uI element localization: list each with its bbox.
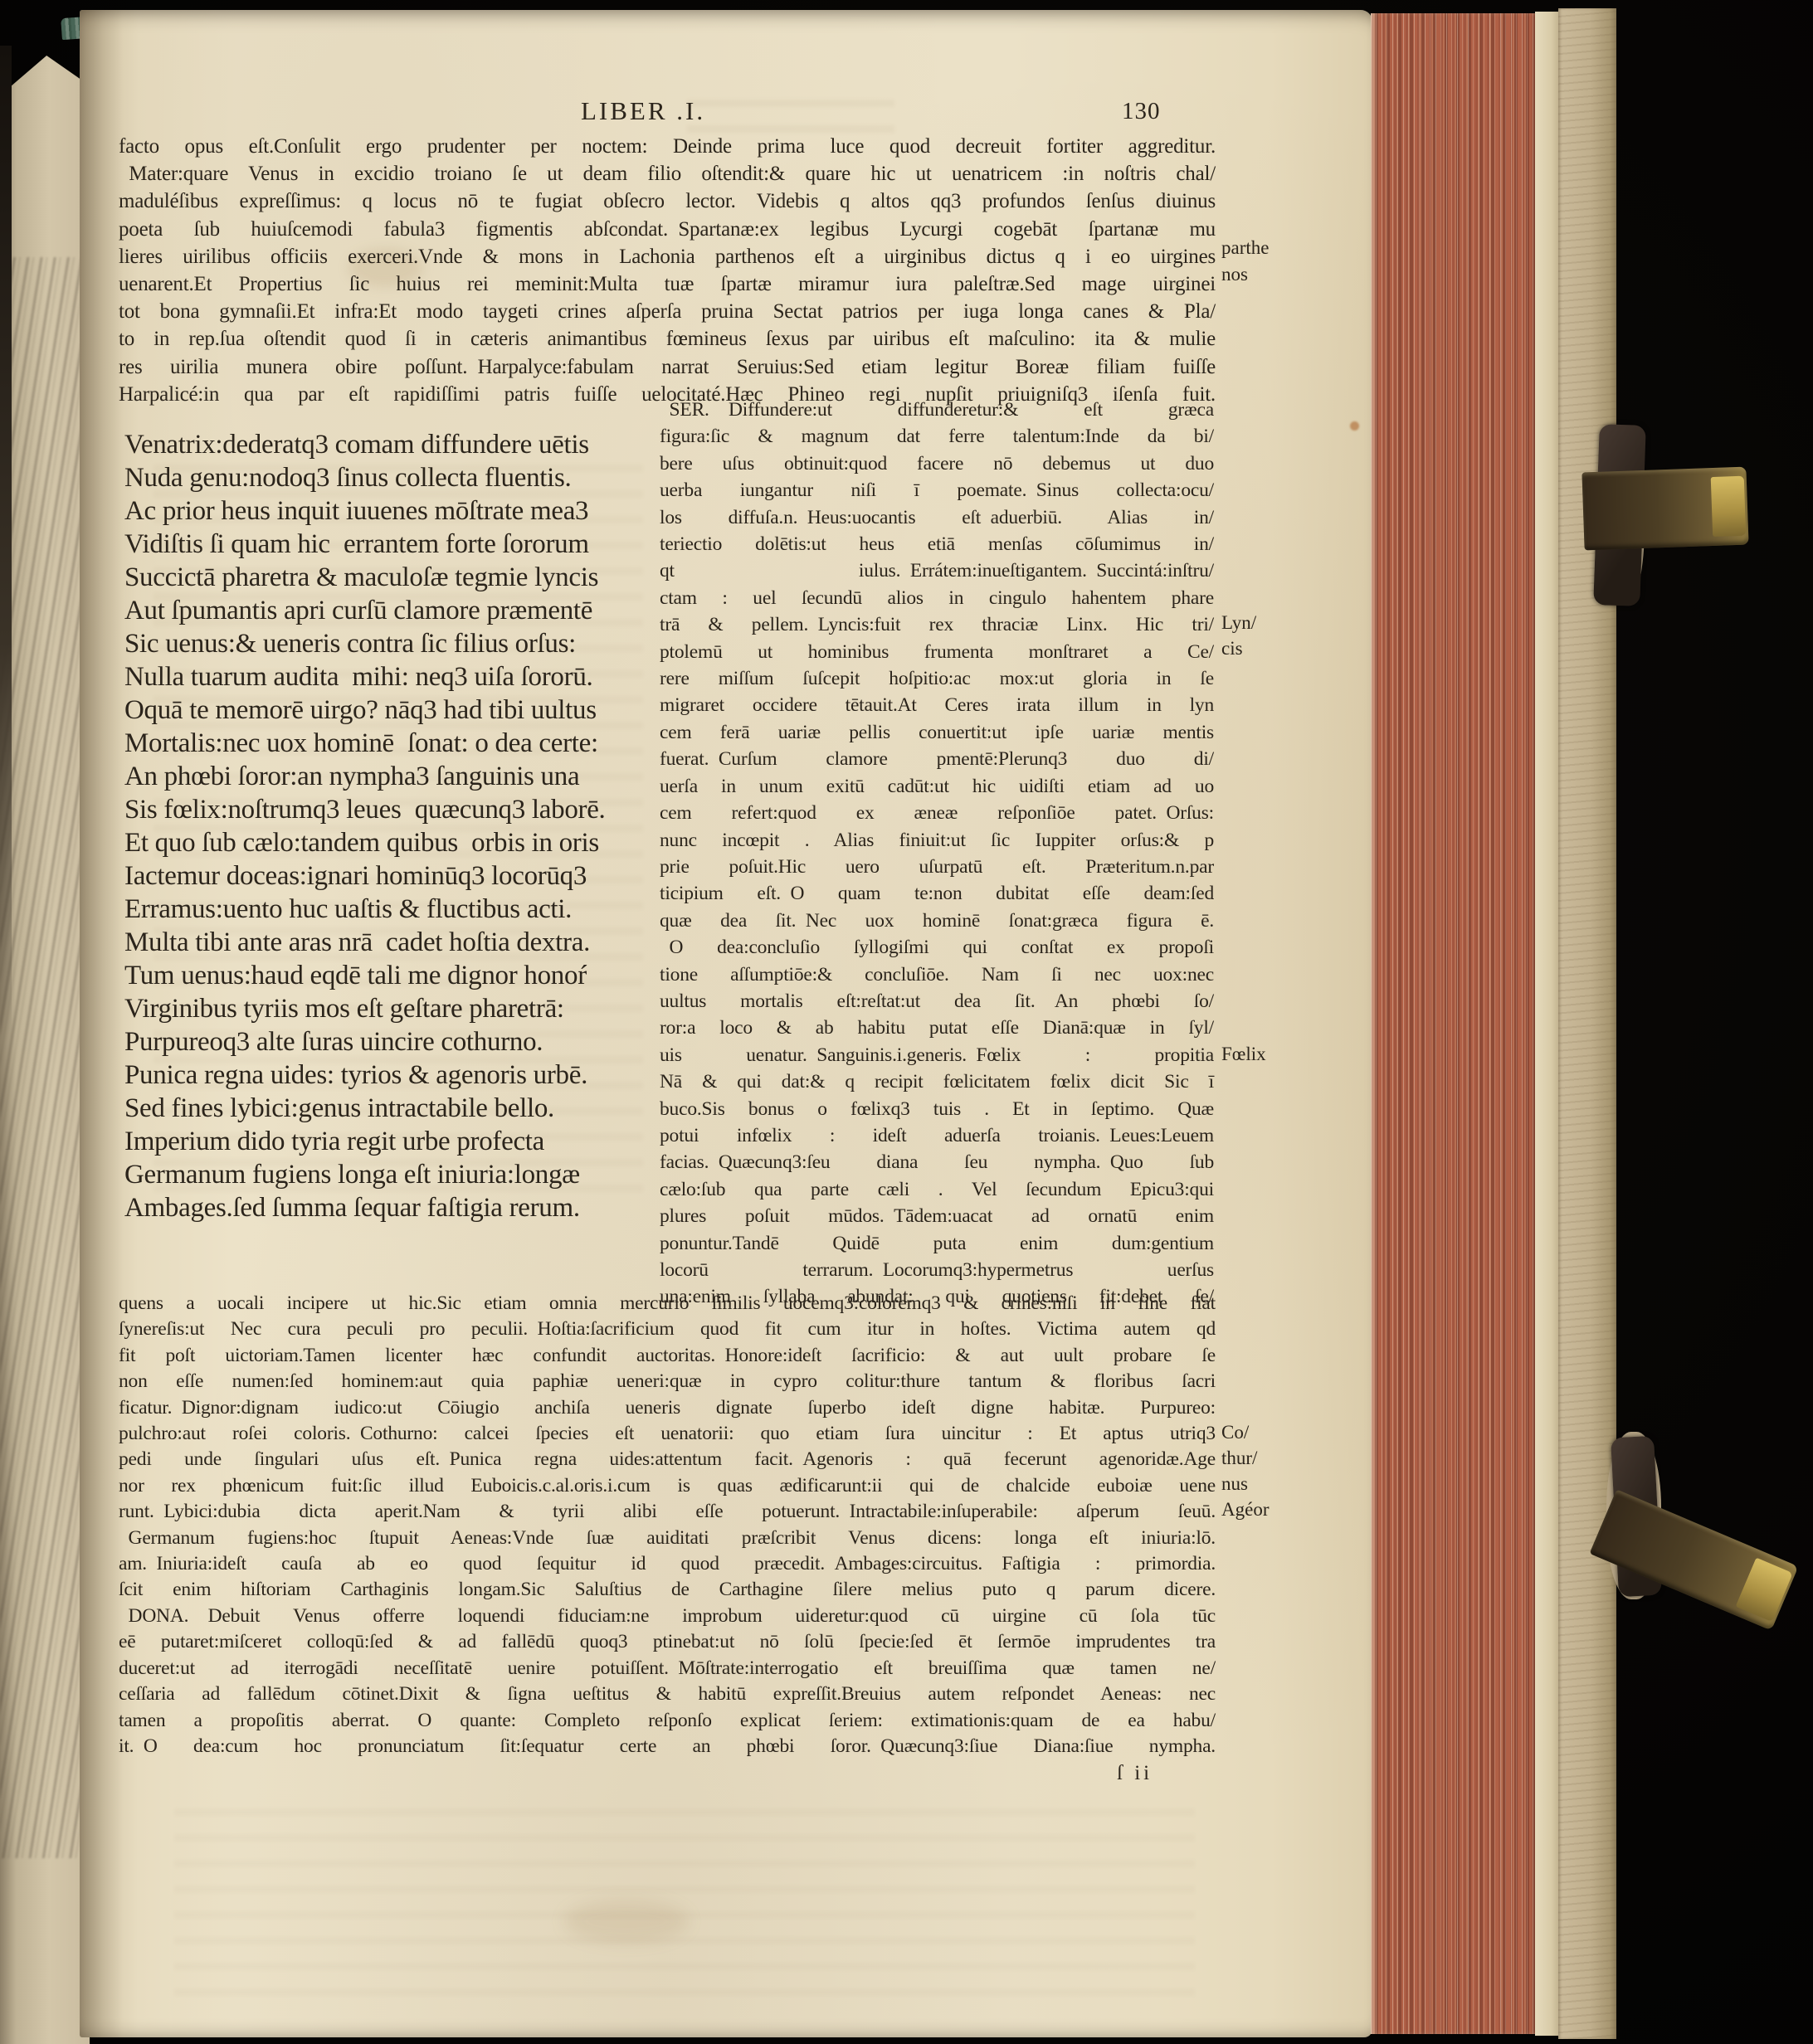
margin-note: Fœlix — [1221, 1042, 1266, 1067]
text-line: uis uenatur. Sanguinis.i.generis. Fœlix … — [660, 1042, 1214, 1068]
running-title: LIBER .I. — [581, 96, 705, 126]
text-line: nor rex phœnicum fuit:ſic illud Euboicis… — [119, 1473, 1216, 1499]
verse-line: Ac prior heus inquit iuuenes mōſtrate me… — [124, 494, 665, 528]
text-line: ceſſaria ad fallēdum cōtinet.Dixit & ſig… — [119, 1681, 1216, 1707]
clasp-strap — [1582, 467, 1748, 551]
verse-line: Aut ſpumantis apri curſū clamore præment… — [124, 594, 665, 627]
text-line: poeta ſub huiuſcemodi fabula3 figmentis … — [119, 216, 1216, 243]
verse-line: Succictā pharetra & maculoſæ tegmie lync… — [124, 561, 665, 594]
folio-number: 130 — [1122, 98, 1161, 125]
clasp-strap-tip — [1736, 1558, 1793, 1622]
text-line: cem ferā uariæ pellis conuertit:ut ipſe … — [660, 719, 1214, 746]
verse-line: Ambages.ſed ſumma ſequar faſtigia rerum. — [124, 1191, 665, 1224]
text-line: figura:ſic & magnum dat ferre talentum:I… — [660, 423, 1214, 450]
show-through-ghost — [174, 1808, 1195, 1999]
text-line: uultus mortalis eſt:reſtat:ut dea ſit. A… — [660, 988, 1214, 1015]
text-line: rere miſſum ſuſcepit hoſpitio:ac mox:ut … — [660, 665, 1214, 692]
gutter-shadow — [80, 10, 123, 2037]
verse-line: Vidiſtis ſi quam hic errantem forte ſoro… — [124, 528, 665, 561]
text-line: lieres uirilibus officiis exerceri.Vnde … — [119, 243, 1216, 270]
clasp-strap-tip — [1711, 476, 1746, 537]
text-line: ſcit enim hiſtoriam Carthaginis longam.S… — [119, 1577, 1216, 1603]
text-line: O dea:concluſio ſyllogiſmi qui conſtat e… — [660, 934, 1214, 961]
text-line: DONA. Debuit Venus offerre loquendi fidu… — [119, 1604, 1216, 1629]
text-line: pulchro:aut roſei coloris. Cothurno: cal… — [119, 1421, 1216, 1447]
verse-line: Germanum fugiens longa eſt iniuria:longæ — [124, 1158, 665, 1191]
text-line: quens a uocali incipere ut hic.Sic etiam… — [119, 1291, 1216, 1316]
text-line: ponuntur.Tandē Quidē puta enim dum:genti… — [660, 1230, 1214, 1257]
verse-line: Et quo ſub cælo:tandem quibus orbis in o… — [124, 826, 665, 859]
text-line: cem refert:quod ex æneæ reſponſiōe patet… — [660, 800, 1214, 826]
text-line: Nā & qui dat:& q recipit fœlicitatem fœl… — [660, 1068, 1214, 1095]
text-line: buco.Sis bonus o fœlixq3 tuis . Et in ſe… — [660, 1096, 1214, 1122]
text-line: quæ dea ſit. Nec uox hominē ſonat:græca … — [660, 908, 1214, 934]
text-line: facto opus eſt.Conſulit ergo prudenter p… — [119, 133, 1216, 160]
verse-line: Purpureoq3 alte ſuras uincire cothurno. — [124, 1025, 665, 1058]
margin-note: nos — [1221, 262, 1248, 287]
verse-line: Erramus:uento huc uaſtis & fluctibus act… — [124, 893, 665, 926]
text-line: teriectio dolētis:ut heus etiā menſas cō… — [660, 531, 1214, 557]
verse-line: An phœbi ſoror:an nympha3 ſanguinis una — [124, 760, 665, 793]
text-line: migraret occidere tētauit.At Ceres irata… — [660, 692, 1214, 718]
text-line: ptolemū ut hominibus frumenta monſtraret… — [660, 639, 1214, 665]
verse-line: Imperium dido tyria regit urbe profecta — [124, 1125, 665, 1158]
poem-column: Venatrix:dederatq3 comam diffundere uēti… — [124, 428, 665, 1224]
verse-line: Iactemur doceas:ignari hominūq3 locorūq3 — [124, 859, 665, 893]
text-line: eē putaret:miſceret colloqū:ſed & ad fal… — [119, 1629, 1216, 1655]
text-line: tione aſſumptiōe:& concluſiōe. Nam ſi ne… — [660, 961, 1214, 988]
verse-line: Sed fines lybici:genus intractabile bell… — [124, 1092, 665, 1125]
margin-note: nus — [1221, 1472, 1248, 1496]
top-commentary-block: facto opus eſt.Conſulit ergo prudenter p… — [119, 133, 1216, 408]
text-line: bere uſus obtinuit:quod facere nō debemu… — [660, 450, 1214, 477]
parchment-cover-edge — [1558, 8, 1616, 2039]
text-line: uenarent.Et Propertius ſic huius rei mem… — [119, 270, 1216, 298]
text-line: facias. Quæcunq3:ſeu diana ſeu nympha. Q… — [660, 1149, 1214, 1175]
text-line: ctam : uel ſecundū alios in cingulo hahe… — [660, 585, 1214, 611]
bottom-commentary-block: quens a uocali incipere ut hic.Sic etiam… — [119, 1291, 1216, 1759]
facing-page-edge — [0, 46, 90, 2044]
text-line: tot bona gymnaſii.Et infra:Et modo tayge… — [119, 298, 1216, 325]
margin-note: Lyn/ — [1221, 611, 1256, 635]
text-line: los diffuſa.n. Heus:uocantis eſt aduerbi… — [660, 504, 1214, 531]
margin-note: parthe — [1221, 236, 1269, 260]
text-line: trā & pellem. Lyncis:fuit rex thraciæ Li… — [660, 611, 1214, 638]
text-line: qt iulus. Errátem:inueſtigantem. Succint… — [660, 557, 1214, 584]
text-line: ticipium eſt. O quam te:non dubitat eſſe… — [660, 880, 1214, 907]
verse-line: Tum uenus:haud eqdē tali me dignor honoŕ — [124, 959, 665, 992]
text-line: ficatur. Dignor:dignam iudico:ut Cōiugio… — [119, 1395, 1216, 1421]
margin-note: Agéor — [1221, 1497, 1269, 1522]
page-stain — [1350, 421, 1359, 431]
text-line: ror:a loco & ab habitu putat eſſe Dianā:… — [660, 1015, 1214, 1041]
outer-leaf-edge — [1535, 12, 1558, 2036]
text-line: pedi unde ſingulari uſus eſt. Punica reg… — [119, 1447, 1216, 1472]
text-line: plures poſuit mūdos. Tādem:uacat ad orna… — [660, 1203, 1214, 1229]
text-line: it. O dea:cum hoc pronunciatum ſit:ſequa… — [119, 1734, 1216, 1759]
text-line: locorū terrarum. Locorumq3:hypermetrus u… — [660, 1257, 1214, 1283]
text-line: SER. Diffundere:ut diffunderetur:& eſt g… — [660, 397, 1214, 423]
text-line: am. Iniuria:ideſt cauſa ab eo quod ſequi… — [119, 1551, 1216, 1577]
text-line: Mater:quare Venus in excidio troiano ſe … — [119, 160, 1216, 187]
verse-line: Nulla tuarum audita mihi: neq3 uiſa ſoro… — [124, 660, 665, 693]
text-line: to in rep.ſua oſtendit quod ſi in cæteri… — [119, 325, 1216, 353]
text-line: uerſa in unum exitū cadūt:ut hic uidiſti… — [660, 773, 1214, 800]
verse-line: Sis fœlix:noſtrumq3 leues quæcunq3 labor… — [124, 793, 665, 826]
facing-page-text-blur — [0, 257, 90, 1858]
text-line: res uirilia munera obire poſſunt. Harpal… — [119, 353, 1216, 381]
verse-line: Mortalis:nec uox hominē ſonat: o dea cer… — [124, 727, 665, 760]
margin-note: Co/ — [1221, 1420, 1249, 1445]
text-line: potui infœlix : ideſt aduerſa troianis. … — [660, 1122, 1214, 1149]
clasp-strap — [1590, 1489, 1799, 1630]
text-line: runt. Lybici:dubia dicta aperit.Nam & ty… — [119, 1499, 1216, 1525]
text-line: fit poſt uictoriam.Tamen licenter hæc co… — [119, 1343, 1216, 1369]
text-line: cælo:ſub qua parte cæli . Vel ſecundum E… — [660, 1176, 1214, 1203]
red-fore-edge — [1371, 13, 1535, 2034]
text-line: tamen a propoſitis aberrat. O quante: Co… — [119, 1708, 1216, 1734]
verse-line: Venatrix:dederatq3 comam diffundere uēti… — [124, 428, 665, 461]
facing-page-shadow — [0, 46, 12, 1041]
verse-line: Multa tibi ante aras nrā cadet hoſtia de… — [124, 926, 665, 959]
page-stain — [564, 1900, 689, 1943]
quire-signature: ſ ii — [1117, 1762, 1153, 1785]
margin-note: thur/ — [1221, 1446, 1257, 1471]
text-line: Germanum fugiens:hoc ſtupuit Aeneas:Vnde… — [119, 1526, 1216, 1551]
text-line: duceret:ut ad iterrogādi neceſſitatē uen… — [119, 1656, 1216, 1681]
verse-line: Punica regna uides: tyrios & agenoris ur… — [124, 1058, 665, 1092]
verse-line: Oquā te memorē uirgo? nāq3 had tibi uult… — [124, 693, 665, 727]
text-line: maduléſibus expreſſimus: q locus nō te f… — [119, 187, 1216, 215]
text-line: non eſſe numen:ſed hominem:aut quia paph… — [119, 1369, 1216, 1394]
text-line: uerba iungantur niſi ī poemate. Sinus co… — [660, 477, 1214, 504]
text-line: fuerat. Curſum clamore pmentē:Plerunq3 d… — [660, 746, 1214, 772]
verse-line: Nuda genu:nodoq3 ſinus collecta fluentis… — [124, 461, 665, 494]
commentary-column: SER. Diffundere:ut diffunderetur:& eſt g… — [660, 397, 1214, 1311]
text-line: nunc incœpit . Alias finiuit:ut ſic Iupp… — [660, 827, 1214, 854]
verse-line: Virginibus tyriis mos eſt geſtare pharet… — [124, 992, 665, 1025]
text-line: prie poſuit.Hic uero uſurpatū eſt. Præte… — [660, 854, 1214, 880]
verse-line: Sic uenus:& ueneris contra ſic filius or… — [124, 627, 665, 660]
margin-note: cis — [1221, 636, 1243, 661]
text-line: ſynereſis:ut Nec cura peculi pro peculii… — [119, 1316, 1216, 1342]
book-photo: LIBER .I. 130 facto opus eſt.Conſulit er… — [0, 0, 1813, 2044]
